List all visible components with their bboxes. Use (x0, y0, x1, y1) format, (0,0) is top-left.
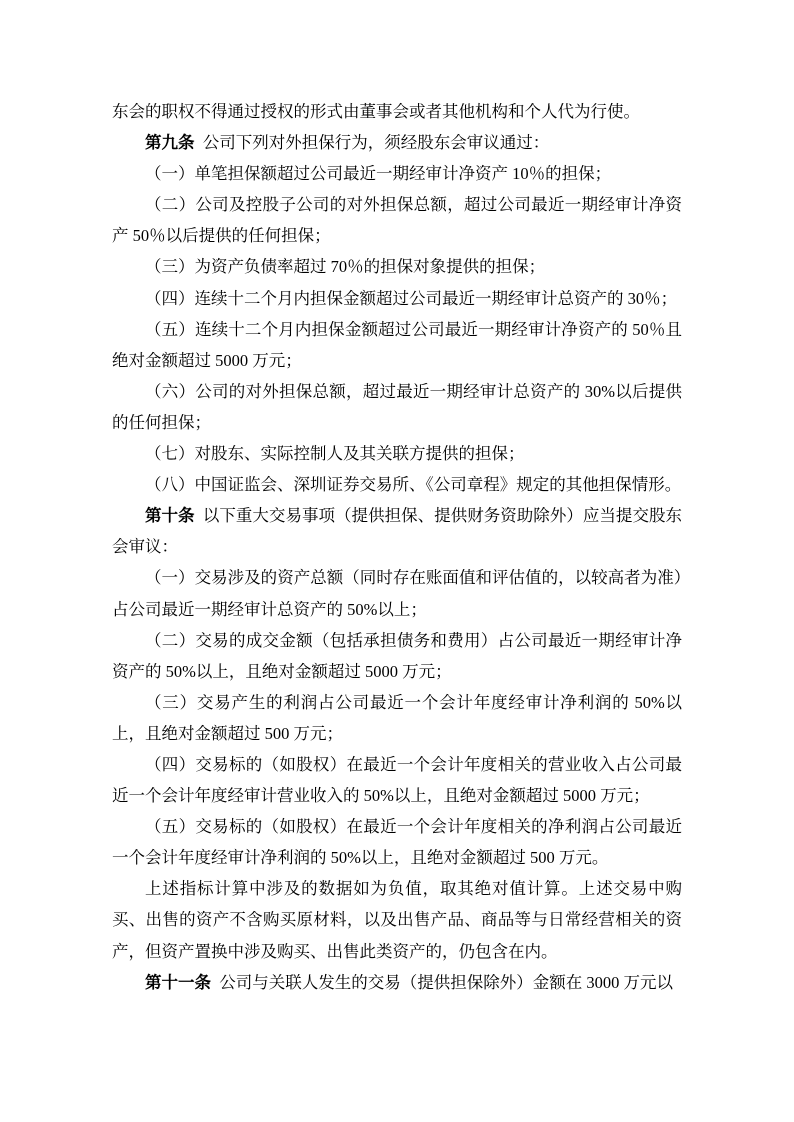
paragraph-article-9: 第九条公司下列对外担保行为，须经股东会审议通过： (112, 127, 682, 158)
paragraph-text: （四）交易标的（如股权）在最近一个会计年度相关的营业收入占公司最近一个会计年度经… (112, 755, 682, 805)
paragraph-item: （一）交易涉及的资产总额（同时存在账面值和评估值的，以较高者为准）占公司最近一期… (112, 562, 682, 624)
paragraph-article-10: 第十条以下重大交易事项（提供担保、提供财务资助除外）应当提交股东会审议： (112, 500, 682, 562)
paragraph-text: （七）对股东、实际控制人及其关联方提供的担保； (145, 444, 525, 463)
paragraph-text: （三）为资产负债率超过 70％的担保对象提供的担保； (145, 257, 545, 276)
paragraph-text: 公司下列对外担保行为，须经股东会审议通过： (203, 133, 550, 152)
paragraph-article-11: 第十一条公司与关联人发生的交易（提供担保除外）金额在 3000 万元以 (112, 967, 682, 998)
paragraph-item: （七）对股东、实际控制人及其关联方提供的担保； (112, 438, 682, 469)
paragraph-item: （四）交易标的（如股权）在最近一个会计年度相关的营业收入占公司最近一个会计年度经… (112, 749, 682, 811)
paragraph: 东会的职权不得通过授权的形式由董事会或者其他机构和个人代为行使。 (112, 96, 682, 127)
paragraph-text: （一）单笔担保额超过公司最近一期经审计净资产 10％的担保； (145, 164, 611, 183)
paragraph-text: 公司与关联人发生的交易（提供担保除外）金额在 3000 万元以 (219, 973, 673, 992)
paragraph-text: （三）交易产生的利润占公司最近一个会计年度经审计净利润的 50%以上，且绝对金额… (112, 693, 682, 743)
document-page: 东会的职权不得通过授权的形式由董事会或者其他机构和个人代为行使。 第九条公司下列… (0, 0, 794, 1122)
paragraph-text: 以下重大交易事项（提供担保、提供财务资助除外）应当提交股东会审议： (112, 506, 682, 556)
paragraph-text: （一）交易涉及的资产总额（同时存在账面值和评估值的，以较高者为准）占公司最近一期… (112, 568, 682, 618)
paragraph-text: （四）连续十二个月内担保金额超过公司最近一期经审计总资产的 30％； (145, 289, 677, 308)
paragraph-text: （五）交易标的（如股权）在最近一个会计年度相关的净利润占公司最近一个会计年度经审… (112, 817, 682, 867)
paragraph-text: （二）公司及控股子公司的对外担保总额，超过公司最近一期经审计净资产 50％以后提… (112, 195, 682, 245)
paragraph-text: （八）中国证监会、深圳证券交易所、《公司章程》规定的其他担保情形。 (145, 475, 681, 494)
article-number: 第十一条 (145, 973, 211, 992)
paragraph-text: （六）公司的对外担保总额，超过最近一期经审计总资产的 30%以后提供的任何担保； (112, 382, 682, 432)
paragraph-item: （六）公司的对外担保总额，超过最近一期经审计总资产的 30%以后提供的任何担保； (112, 376, 682, 438)
paragraph-item: （三）交易产生的利润占公司最近一个会计年度经审计净利润的 50%以上，且绝对金额… (112, 687, 682, 749)
document-body: 东会的职权不得通过授权的形式由董事会或者其他机构和个人代为行使。 第九条公司下列… (112, 96, 682, 998)
paragraph-item: （二）公司及控股子公司的对外担保总额，超过公司最近一期经审计净资产 50％以后提… (112, 189, 682, 251)
article-number: 第十条 (145, 506, 195, 525)
paragraph: 上述指标计算中涉及的数据如为负值，取其绝对值计算。上述交易中购买、出售的资产不含… (112, 873, 682, 966)
paragraph-item: （三）为资产负债率超过 70％的担保对象提供的担保； (112, 251, 682, 282)
article-number: 第九条 (145, 133, 195, 152)
paragraph-item: （八）中国证监会、深圳证券交易所、《公司章程》规定的其他担保情形。 (112, 469, 682, 500)
paragraph-text: 东会的职权不得通过授权的形式由董事会或者其他机构和个人代为行使。 (112, 102, 640, 121)
paragraph-item: （四）连续十二个月内担保金额超过公司最近一期经审计总资产的 30％； (112, 283, 682, 314)
paragraph-item: （一）单笔担保额超过公司最近一期经审计净资产 10％的担保； (112, 158, 682, 189)
paragraph-text: 上述指标计算中涉及的数据如为负值，取其绝对值计算。上述交易中购买、出售的资产不含… (112, 879, 682, 960)
paragraph-item: （五）连续十二个月内担保金额超过公司最近一期经审计净资产的 50％且绝对金额超过… (112, 314, 682, 376)
paragraph-item: （二）交易的成交金额（包括承担债务和费用）占公司最近一期经审计净资产的 50%以… (112, 625, 682, 687)
paragraph-item: （五）交易标的（如股权）在最近一个会计年度相关的净利润占公司最近一个会计年度经审… (112, 811, 682, 873)
paragraph-text: （二）交易的成交金额（包括承担债务和费用）占公司最近一期经审计净资产的 50%以… (112, 631, 682, 681)
paragraph-text: （五）连续十二个月内担保金额超过公司最近一期经审计净资产的 50％且绝对金额超过… (112, 320, 682, 370)
